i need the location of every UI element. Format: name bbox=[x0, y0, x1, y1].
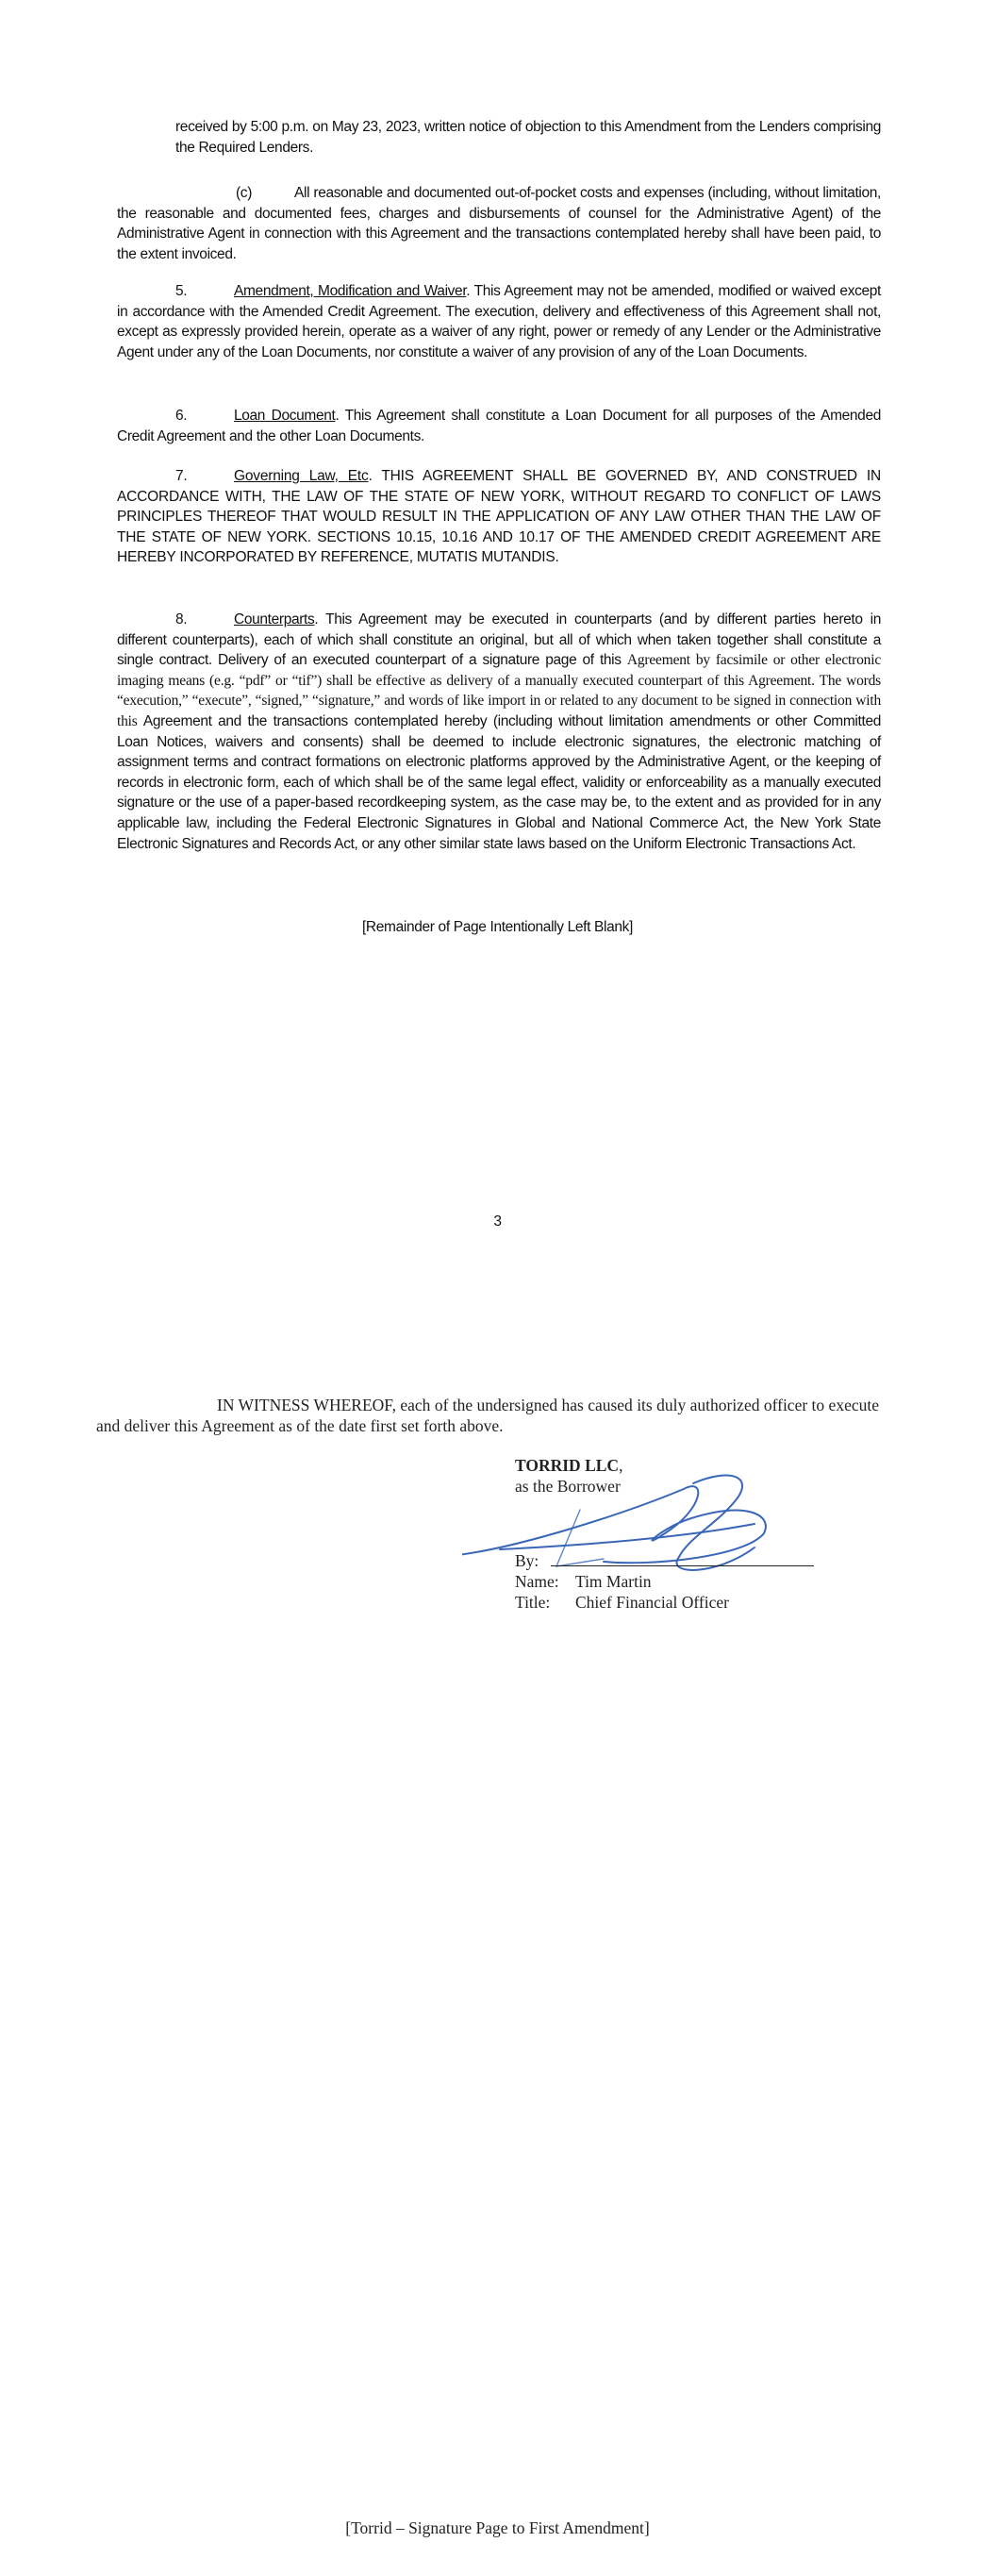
section-5: 5.Amendment, Modification and Waiver. Th… bbox=[117, 281, 881, 362]
signatory-block: By: Name:Tim Martin Title:Chief Financia… bbox=[515, 1550, 729, 1613]
section-6-number: 6. bbox=[175, 406, 234, 427]
section-7-number: 7. bbox=[175, 466, 234, 487]
title-label: Title: bbox=[515, 1592, 575, 1613]
section-5-number: 5. bbox=[175, 281, 234, 302]
section-8-text-part2: Agreement and the transactions contempla… bbox=[117, 713, 881, 852]
paragraph-b-continued: received by 5:00 p.m. on May 23, 2023, w… bbox=[175, 117, 881, 158]
witness-clause: IN WITNESS WHEREOF, each of the undersig… bbox=[96, 1395, 879, 1436]
section-8: 8.Counterparts. This Agreement may be ex… bbox=[117, 610, 881, 854]
section-8-number: 8. bbox=[175, 610, 234, 630]
section-8-heading: Counterparts bbox=[234, 611, 314, 627]
name-value: Tim Martin bbox=[575, 1572, 652, 1591]
remainder-note: [Remainder of Page Intentionally Left Bl… bbox=[0, 917, 995, 938]
title-row: Title:Chief Financial Officer bbox=[515, 1592, 729, 1613]
by-row: By: bbox=[515, 1550, 729, 1571]
paragraph-c: (c)All reasonable and documented out-of-… bbox=[117, 183, 881, 264]
paragraph-c-marker: (c) bbox=[236, 183, 294, 204]
section-6-heading: Loan Document bbox=[234, 408, 335, 424]
name-row: Name:Tim Martin bbox=[515, 1571, 729, 1592]
page-number: 3 bbox=[0, 1212, 995, 1232]
title-value: Chief Financial Officer bbox=[575, 1593, 729, 1612]
name-label: Name: bbox=[515, 1571, 575, 1592]
paragraph-c-text: All reasonable and documented out-of-poc… bbox=[117, 185, 881, 262]
by-label: By: bbox=[515, 1551, 539, 1570]
section-5-heading: Amendment, Modification and Waiver bbox=[234, 283, 466, 299]
section-7-heading: Governing Law, Etc bbox=[234, 468, 369, 484]
section-7: 7.Governing Law, Etc. THIS AGREEMENT SHA… bbox=[117, 466, 881, 568]
section-6: 6.Loan Document. This Agreement shall co… bbox=[117, 406, 881, 446]
signature-page-footer: [Torrid – Signature Page to First Amendm… bbox=[0, 2517, 995, 2538]
